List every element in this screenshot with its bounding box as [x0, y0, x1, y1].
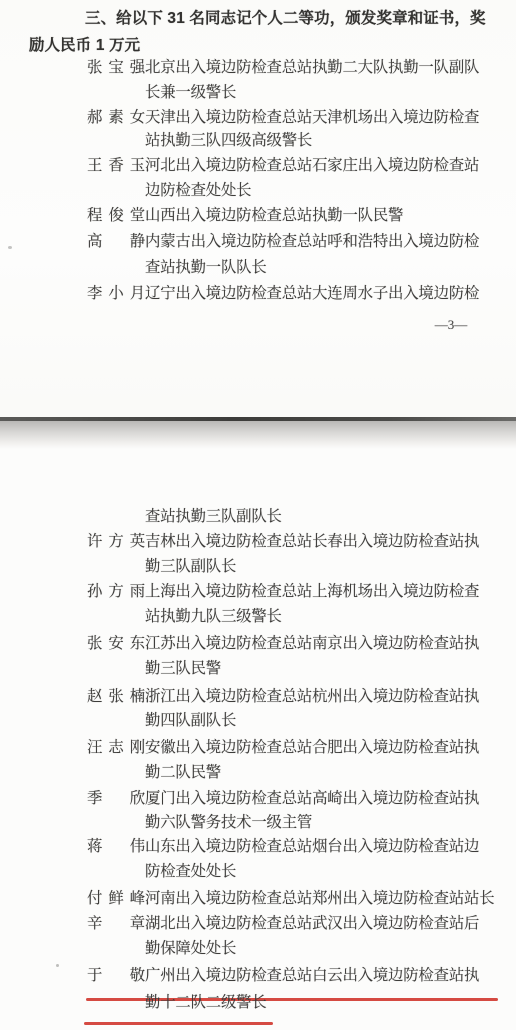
- entry-name: 高 静: [87, 232, 145, 252]
- scanned-document: 三、给以下 31 名同志记个人二等功，颁发奖章和证书，奖 励人民币 1 万元 张…: [0, 0, 516, 1030]
- entry-position-line: 勤三队民警: [145, 659, 221, 679]
- entry-position-line: 北京出入境边防检查总站执勤二大队执勤一队副队: [145, 58, 479, 78]
- entry-position-line: 勤三队副队长: [145, 557, 236, 577]
- entry-position-line: 河南出入境边防检查总站郑州出入境边防检查站站长: [145, 889, 494, 909]
- entry-position-line: 河北出入境边防检查总站石家庄出入境边防检查站: [145, 156, 479, 176]
- document-page-1: 三、给以下 31 名同志记个人二等功，颁发奖章和证书，奖 励人民币 1 万元 张…: [0, 0, 516, 418]
- entry-position-line: 山西出入境边防检查总站执勤一队民警: [145, 206, 403, 226]
- entry-position-line: 长兼一级警长: [145, 83, 236, 103]
- entry-name: 张安东: [87, 634, 145, 654]
- entry-position-line: 厦门出入境边防检查总站高崎出入境边防检查站执: [145, 789, 479, 809]
- entry-position-line: 勤保障处处长: [145, 939, 236, 959]
- entry-position-line: 天津出入境边防检查总站天津机场出入境边防检查: [145, 108, 479, 128]
- entry-name: 蒋 伟: [87, 837, 145, 857]
- entry-name: 王香玉: [87, 156, 145, 176]
- entry-name: 孙方雨: [87, 582, 145, 602]
- entry-name: 汪志刚: [87, 738, 145, 758]
- entry-position-line: 山东出入境边防检查总站烟台出入境边防检查站边: [145, 837, 479, 857]
- entry-position-line: 勤四队副队长: [145, 711, 236, 731]
- entry-position-line: 湖北出入境边防检查总站武汉出入境边防检查站后: [145, 914, 479, 934]
- entry-name: 赵张楠: [87, 687, 145, 707]
- page-number: —3—: [434, 315, 468, 335]
- entry-position-line: 查站执勤一队队长: [145, 258, 267, 278]
- entry-name: 付鲜峰: [87, 889, 145, 909]
- entry-position-line: 辽宁出入境边防检查总站大连周水子出入境边防检: [145, 284, 479, 304]
- entry-position-line: 勤六队警务技术一级主管: [145, 813, 312, 833]
- entry-name: 郝素女: [87, 108, 145, 128]
- entry-position-line: 防检查处处长: [145, 862, 236, 882]
- entry-name: 张宝强: [87, 58, 145, 78]
- entry-name: 程俊堂: [87, 206, 145, 226]
- intro-paragraph-line-1: 三、给以下 31 名同志记个人二等功，颁发奖章和证书，奖: [85, 9, 486, 29]
- entry-name: 季 欣: [87, 789, 145, 809]
- scan-speck: [8, 246, 12, 249]
- intro-paragraph-line-2: 励人民币 1 万元: [29, 36, 140, 56]
- entry-position-line: 安徽出入境边防检查总站合肥出入境边防检查站执: [145, 738, 479, 758]
- page-edge-shadow: [0, 421, 516, 449]
- entry-position-line: 勤十二队二级警长: [145, 993, 267, 1013]
- document-page-2: 查站执勤三队副队长 许方英 吉林出入境边防检查总站长春出入境边防检查站执 勤三队…: [0, 421, 516, 1030]
- entry-position-line: 站执勤三队四级高级警长: [145, 131, 312, 151]
- entry-position-line: 吉林出入境边防检查总站长春出入境边防检查站执: [145, 532, 479, 552]
- entry-position-line: 勤二队民警: [145, 763, 221, 783]
- entry-position-line: 边防检查处处长: [145, 181, 251, 201]
- entry-name: 李小月: [87, 284, 145, 304]
- entry-position-line: 广州出入境边防检查总站白云出入境边防检查站执: [145, 966, 479, 986]
- entry-name: 辛 章: [87, 914, 145, 934]
- entry-name: 于 敬: [87, 966, 145, 986]
- entry-position-line: 江苏出入境边防检查总站南京出入境边防检查站执: [145, 634, 479, 654]
- red-underline: [84, 1022, 273, 1025]
- entry-name: 许方英: [87, 532, 145, 552]
- entry-position-line: 上海出入境边防检查总站上海机场出入境边防检查: [145, 582, 479, 602]
- scan-speck: [56, 964, 59, 967]
- entry-position-line: 浙江出入境边防检查总站杭州出入境边防检查站执: [145, 687, 479, 707]
- entry-position-line: 查站执勤三队副队长: [145, 507, 282, 527]
- entry-position-line: 内蒙古出入境边防检查总站呼和浩特出入境边防检: [145, 232, 479, 252]
- entry-position-line: 站执勤九队三级警长: [145, 607, 282, 627]
